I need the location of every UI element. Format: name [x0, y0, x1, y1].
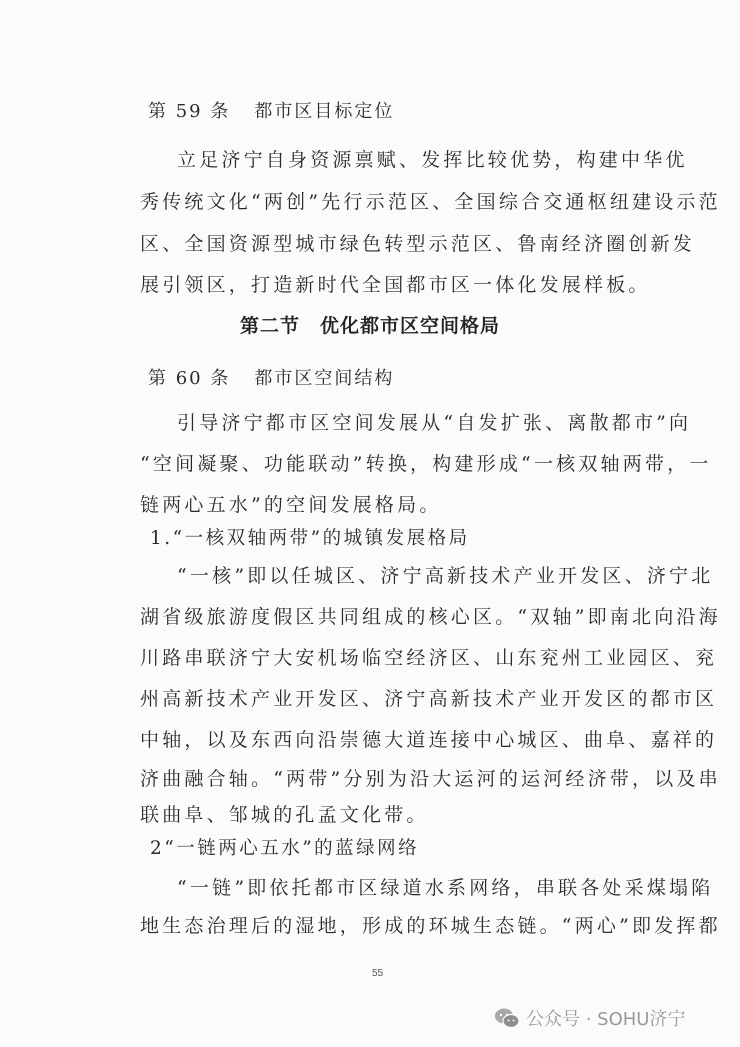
- paragraph-line: 湖省级旅游度假区共同组成的核心区。“双轴”即南北向沿海: [140, 604, 630, 630]
- paragraph-line: “空间凝聚、功能联动”转换，构建形成“一核双轴两带，一: [140, 451, 630, 477]
- document-page: 第 59 条都市区目标定位 立足济宁自身资源禀赋、发挥比较优势，构建中华优 秀传…: [0, 0, 740, 1047]
- paragraph-line: 引导济宁都市区空间发展从“自发扩张、离散都市”向: [177, 410, 630, 436]
- paragraph-line: 链两心五水”的空间发展格局。: [140, 492, 630, 518]
- article-number: 第 60 条: [148, 368, 230, 389]
- paragraph-line: 地生态治理后的湿地，形成的环城生态链。“两心”即发挥都: [140, 913, 630, 939]
- paragraph-line: 联曲阜、邹城的孔孟文化带。: [140, 802, 630, 828]
- section-name: 优化都市区空间格局: [320, 315, 500, 337]
- article-59-heading: 第 59 条都市区目标定位: [148, 99, 394, 125]
- watermark: 公众号 · SOHU济宁: [494, 1005, 685, 1031]
- paragraph-line: 立足济宁自身资源禀赋、发挥比较优势，构建中华优: [177, 147, 630, 173]
- paragraph-line: 中轴，以及东西向沿崇德大道连接中心城区、曲阜、嘉祥的: [140, 727, 630, 753]
- article-title: 都市区空间结构: [254, 368, 394, 389]
- paragraph-line: “一核”即以任城区、济宁高新技术产业开发区、济宁北: [177, 563, 630, 589]
- section-title: 第二节优化都市区空间格局: [0, 313, 740, 339]
- paragraph-line: 济曲融合轴。“两带”分别为沿大运河的运河经济带，以及串: [140, 766, 630, 792]
- paragraph-line: 展引领区，打造新时代全国都市区一体化发展样板。: [140, 272, 630, 298]
- page-number: 55: [372, 968, 383, 979]
- wechat-icon: [494, 1007, 520, 1029]
- article-title: 都市区目标定位: [254, 101, 394, 122]
- subheading-1: 1.“一核双轴两带”的城镇发展格局: [150, 526, 470, 552]
- watermark-text: 公众号 · SOHU济宁: [526, 1005, 685, 1031]
- paragraph-line: 秀传统文化“两创”先行示范区、全国综合交通枢纽建设示范: [140, 189, 630, 215]
- paragraph-line: “一链”即依托都市区绿道水系网络，串联各处采煤塌陷: [177, 875, 630, 901]
- article-number: 第 59 条: [148, 101, 230, 122]
- paragraph-line: 州高新技术产业开发区、济宁高新技术产业开发区的都市区: [140, 686, 630, 712]
- paragraph-line: 区、全国资源型城市绿色转型示范区、鲁南经济圈创新发: [140, 231, 630, 257]
- paragraph-line: 川路串联济宁大安机场临空经济区、山东兖州工业园区、兖: [140, 645, 630, 671]
- article-60-heading: 第 60 条都市区空间结构: [148, 366, 394, 392]
- section-number: 第二节: [240, 315, 300, 337]
- subheading-2: 2“一链两心五水”的蓝绿网络: [150, 836, 419, 862]
